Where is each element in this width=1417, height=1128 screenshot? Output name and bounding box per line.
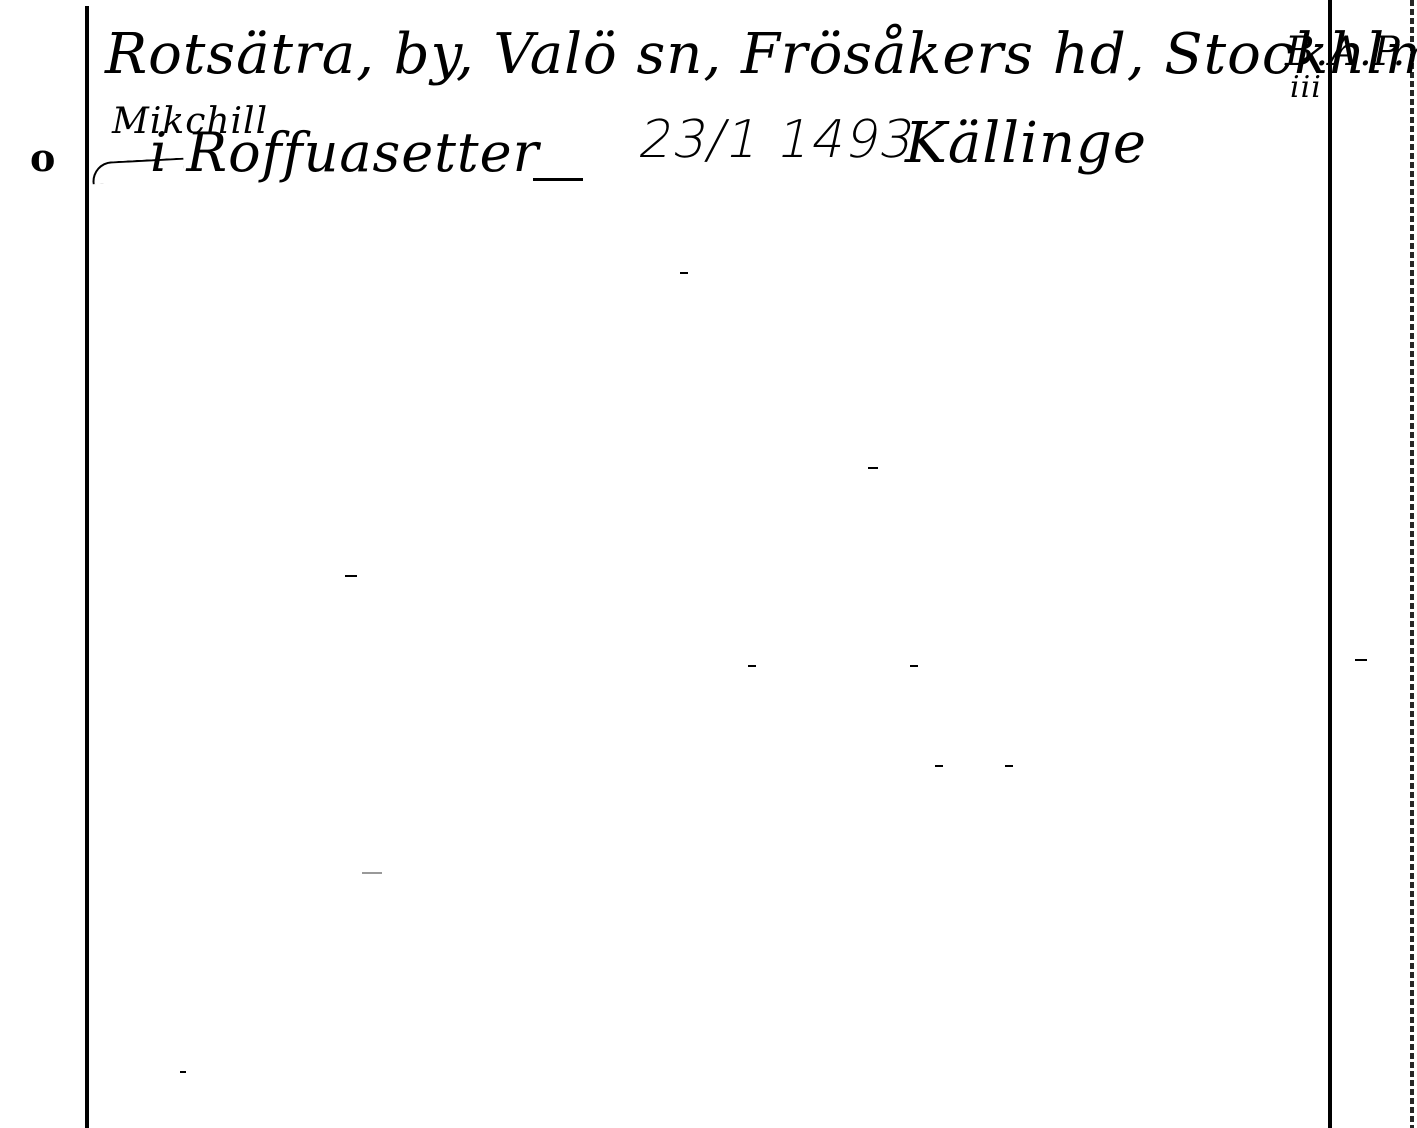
scan-speck <box>1005 765 1013 767</box>
scan-speck <box>868 467 878 469</box>
scan-speck <box>1355 659 1367 661</box>
scan-speck <box>748 665 756 667</box>
entry-form: i Roffuasetter <box>150 122 539 184</box>
source-reference: B.A.P. <box>1285 30 1406 74</box>
scan-speck <box>935 765 943 767</box>
source-reference-sub: iii <box>1290 72 1322 104</box>
index-card: o Rotsätra, by, Valö sn, Frösåkers hd, S… <box>0 0 1417 1128</box>
scan-speck <box>345 575 357 577</box>
heading-text: Rotsätra, by, Valö sn, Frösåkers hd, Sto… <box>105 22 1417 88</box>
scan-speck <box>362 872 382 874</box>
margin-mark: o <box>30 135 56 180</box>
entry-date: 23/1 1493 <box>634 110 921 170</box>
entry-place: Källinge <box>905 112 1147 176</box>
form-underline <box>533 178 583 181</box>
left-margin-rule <box>85 6 89 1128</box>
right-margin-rule <box>1328 0 1332 1128</box>
scan-speck <box>910 665 918 667</box>
card-edge <box>1410 0 1414 1128</box>
scan-speck <box>180 1071 186 1073</box>
scan-speck <box>680 272 688 274</box>
